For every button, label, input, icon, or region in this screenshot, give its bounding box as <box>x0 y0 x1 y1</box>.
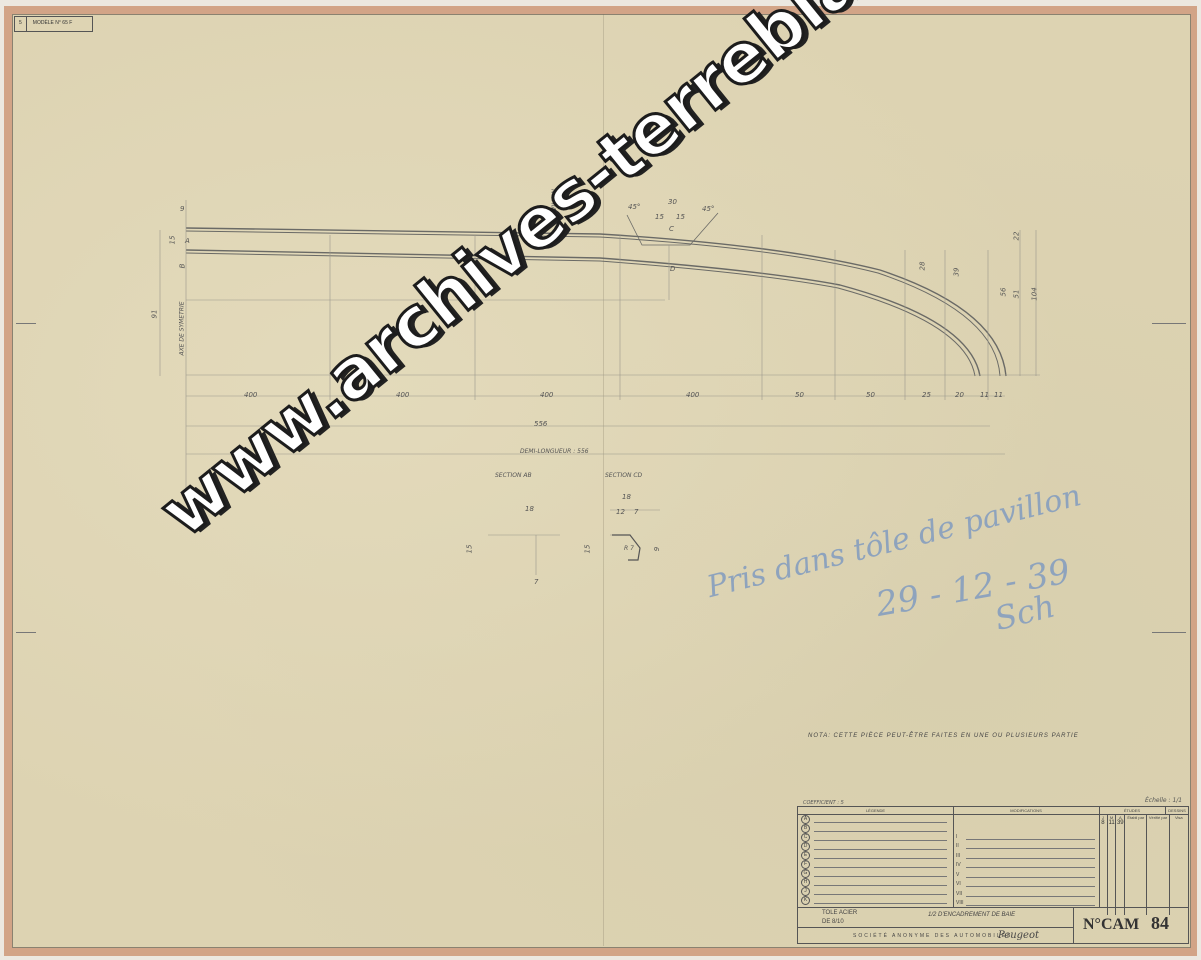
legend-row: J <box>798 887 953 896</box>
modification-row: IV <box>953 861 1099 871</box>
etudes-header: ÉTUDES <box>1099 807 1166 814</box>
dim-thickness: 15 <box>168 236 176 245</box>
dim-angle-left: 45° <box>628 203 640 211</box>
etudes-section: ÉTUDES DESSINS J8 M11 A39 Établi par Vér… <box>1099 807 1188 907</box>
section-ab-depth: 7 <box>534 578 538 586</box>
section-ab-width: 18 <box>525 505 534 513</box>
dim-30: 30 <box>668 198 677 206</box>
study-col-a: A39 <box>1116 815 1125 915</box>
study-col-j: J8 <box>1099 815 1108 915</box>
bottom-dim-8: 11 <box>980 391 989 399</box>
drawing-number: N°CAM 84 <box>1073 907 1188 944</box>
section-ab-label: SECTION AB <box>495 472 532 479</box>
label-a: A <box>185 237 190 245</box>
dim-label: 9 <box>180 205 184 213</box>
study-col-visa: Visa <box>1170 815 1188 915</box>
bottom-dim-1: 400 <box>396 391 409 399</box>
section-cd-width: 18 <box>622 493 631 501</box>
legend-marker: E <box>801 851 810 860</box>
legend-row: A <box>798 815 953 824</box>
legend-section: LÉGENDE ABCDEFGHJK <box>798 807 954 907</box>
legend-row: F <box>798 860 953 869</box>
legend-marker: B <box>801 824 810 833</box>
bottom-dim-2: 400 <box>540 391 553 399</box>
legend-marker: K <box>801 896 810 905</box>
bottom-dim-4: 50 <box>795 391 804 399</box>
company-line: SOCIÉTÉ ANONYME DES AUTOMOBILES Peugeot <box>798 927 1074 944</box>
modification-row: V <box>953 870 1099 880</box>
bottom-dim-5: 50 <box>866 391 875 399</box>
demi-longueur: DEMI-LONGUEUR : 556 <box>520 448 589 455</box>
modifications-list: IIIIIIIVVVIVIIVIII <box>953 815 1099 908</box>
legend-marker: A <box>801 815 810 824</box>
dim-15-left: 15 <box>655 213 664 221</box>
bottom-dim-9: 11 <box>994 391 1003 399</box>
section-cd-radius: R 7 <box>624 545 634 552</box>
dessins-header: DESSINS <box>1166 807 1188 814</box>
right-dim-51: 51 <box>1012 290 1020 299</box>
study-col-etabli: Établi par <box>1125 815 1147 915</box>
section-cd-height: 15 <box>583 545 591 554</box>
title-block: LÉGENDE ABCDEFGHJK MODIFICATIONS IIIIIII… <box>797 806 1189 944</box>
right-dim-56: 56 <box>999 288 1007 297</box>
legend-marker: J <box>801 887 810 896</box>
bottom-dim-6: 25 <box>922 391 931 399</box>
section-cd-w2: 7 <box>634 508 638 516</box>
legend-row: C <box>798 833 953 842</box>
study-col-verifie: Vérifié par <box>1147 815 1169 915</box>
piece-metal: TOLE ACIER <box>822 910 857 916</box>
legend-row: B <box>798 824 953 833</box>
legend-row: D <box>798 842 953 851</box>
legend-marker: G <box>801 869 810 878</box>
dim-556: 556 <box>534 420 547 428</box>
number-value: 84 <box>1151 913 1169 934</box>
right-dim-28: 28 <box>918 262 926 271</box>
company-name: SOCIÉTÉ ANONYME DES AUTOMOBILES <box>853 928 1012 944</box>
label-d: D <box>670 265 675 273</box>
dim-15-right: 15 <box>676 213 685 221</box>
section-cd-label: SECTION CD <box>605 472 642 479</box>
legend-marker: D <box>801 842 810 851</box>
bottom-dim-3: 400 <box>686 391 699 399</box>
modification-row: II <box>953 842 1099 852</box>
legend-header: LÉGENDE <box>798 807 953 815</box>
piece-designation: 1/2 D'ENCADREMENT DE BAIE <box>928 912 1015 918</box>
piece-thickness: DE 8/10 <box>822 919 844 925</box>
legend-row: G <box>798 869 953 878</box>
right-dim-39: 39 <box>952 268 960 277</box>
number-prefix: N°CAM <box>1083 916 1139 934</box>
nota-text: NOTA: CETTE PIÈCE PEUT-ÊTRE FAITES EN UN… <box>808 733 1079 739</box>
axis-of-symmetry-label: AXE DE SYMETRIE <box>179 301 186 355</box>
modification-row: I <box>953 832 1099 842</box>
section-ab-height: 15 <box>465 545 473 554</box>
study-columns: J8 M11 A39 Établi par Vérifié par Visa <box>1099 815 1188 915</box>
section-cd-h3: 9 <box>653 547 661 551</box>
section-cd-w1: 12 <box>616 508 625 516</box>
study-col-m: M11 <box>1108 815 1117 915</box>
dim-left-height: 91 <box>150 310 158 319</box>
label-b: B <box>178 264 186 269</box>
modification-row: VII <box>953 889 1099 899</box>
piece-info: TOLE ACIER DE 8/10 1/2 D'ENCADREMENT DE … <box>798 907 1074 928</box>
legend-list: ABCDEFGHJK <box>798 815 953 905</box>
legend-marker: H <box>801 878 810 887</box>
dim-angle-right: 45° <box>702 205 714 213</box>
modification-row: VI <box>953 880 1099 890</box>
label-c: C <box>669 225 674 233</box>
legend-row: K <box>798 896 953 905</box>
legend-row: E <box>798 851 953 860</box>
modifications-header: MODIFICATIONS <box>953 807 1099 815</box>
brand-logo: Peugeot <box>998 928 1039 944</box>
bottom-dim-7: 20 <box>955 391 964 399</box>
right-dim-104: 104 <box>1031 287 1039 300</box>
scale-label: Échelle : 1/1 <box>1145 797 1182 804</box>
modifications-section: MODIFICATIONS IIIIIIIVVVIVIIVIII <box>953 807 1100 907</box>
legend-row: H <box>798 878 953 887</box>
modification-row: III <box>953 851 1099 861</box>
right-dim-22: 22 <box>1012 232 1020 241</box>
legend-marker: C <box>801 833 810 842</box>
legend-marker: F <box>801 860 810 869</box>
